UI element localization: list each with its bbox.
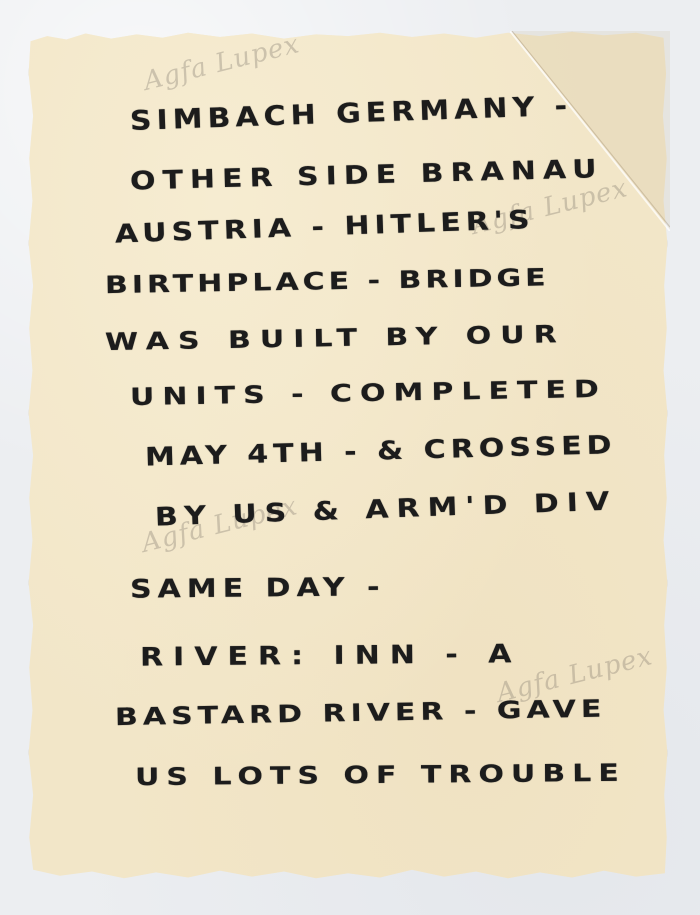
note-line: May 4th - & crossed [145, 430, 617, 472]
note-line: Austria - Hitler's [114, 205, 535, 249]
handwritten-note: Simbach Germany - other side Branau Aust… [0, 0, 700, 915]
note-line: same day - [130, 572, 386, 604]
note-line: us lots of trouble [135, 759, 626, 791]
note-line: by US & Arm'd Div [154, 486, 617, 532]
note-line: bastard river - gave [115, 695, 607, 732]
note-line: units - completed [130, 375, 607, 411]
note-line: River: Inn - a [140, 639, 522, 672]
note-line: was built by our [105, 320, 566, 356]
note-line: Simbach Germany - [129, 90, 572, 137]
note-line: other side Branau [130, 154, 604, 196]
note-line: birthplace - Bridge [105, 264, 550, 300]
